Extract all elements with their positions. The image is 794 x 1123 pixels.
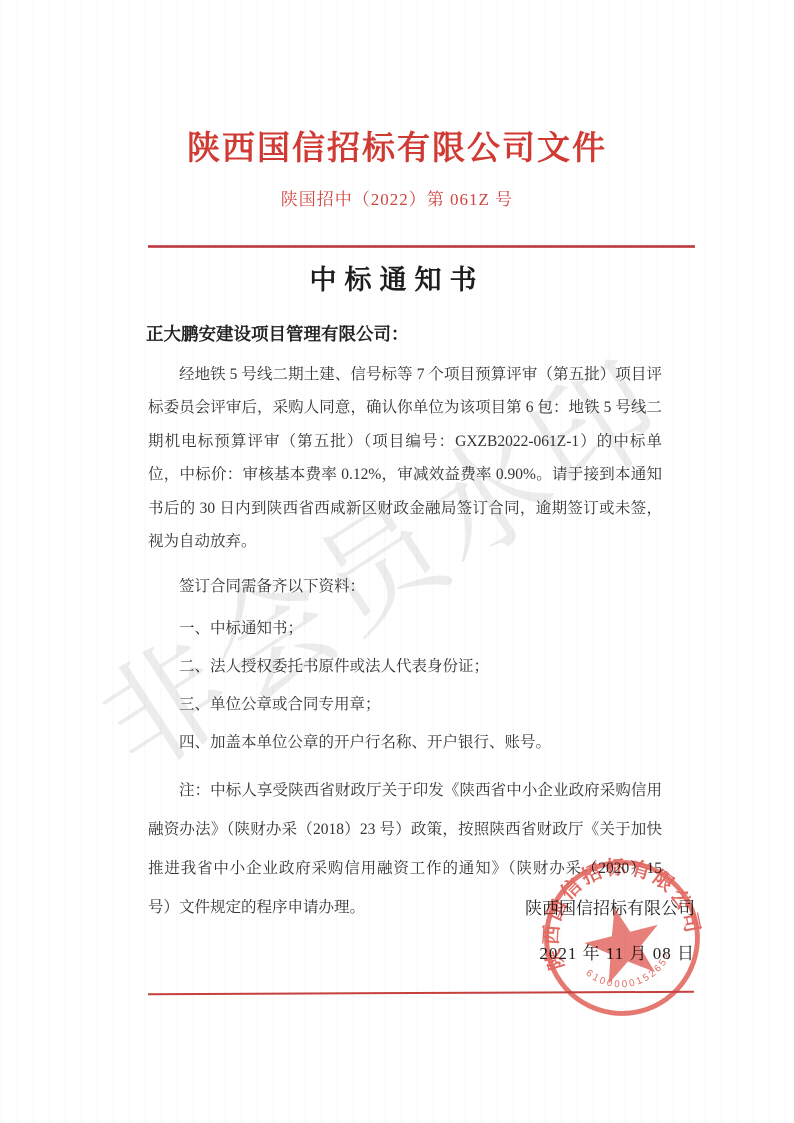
addressee-line: 正大鹏安建设项目管理有限公司：	[146, 322, 794, 346]
body-column: 经地铁 5 号线二期土建、信号标等 7 个项目预算评审（第五批）项目评标委员会评…	[148, 358, 662, 927]
letterhead-header: 陕西国信招标有限公司文件 陕国招中（2022）第 061Z 号	[0, 128, 794, 248]
required-item-1: 一、中标通知书；	[148, 610, 662, 648]
required-item-2: 二、法人授权委托书原件或法人代表身份证；	[148, 648, 662, 686]
required-item-3: 三、单位公章或合同专用章；	[148, 686, 662, 724]
header-divider-line	[148, 245, 695, 248]
document-number: 陕国招中（2022）第 061Z 号	[0, 188, 794, 212]
required-items-list: 一、中标通知书； 二、法人授权委托书原件或法人代表身份证； 三、单位公章或合同专…	[148, 610, 662, 762]
letterhead-title: 陕西国信招标有限公司文件	[0, 128, 794, 168]
document-page: 非会员水印 陕西国信招标有限公司文件 陕国招中（2022）第 061Z 号 中标…	[0, 0, 794, 1123]
required-item-4: 四、加盖本单位公章的开户行名称、开户银行、账号。	[148, 724, 662, 762]
notice-title: 中标通知书	[0, 262, 794, 298]
notice-body: 中标通知书 正大鹏安建设项目管理有限公司： 经地铁 5 号线二期土建、信号标等 …	[0, 262, 794, 927]
body-paragraph-1: 经地铁 5 号线二期土建、信号标等 7 个项目预算评审（第五批）项目评标委员会评…	[148, 358, 662, 558]
body-paragraph-2: 签订合同需备齐以下资料：	[148, 572, 662, 602]
